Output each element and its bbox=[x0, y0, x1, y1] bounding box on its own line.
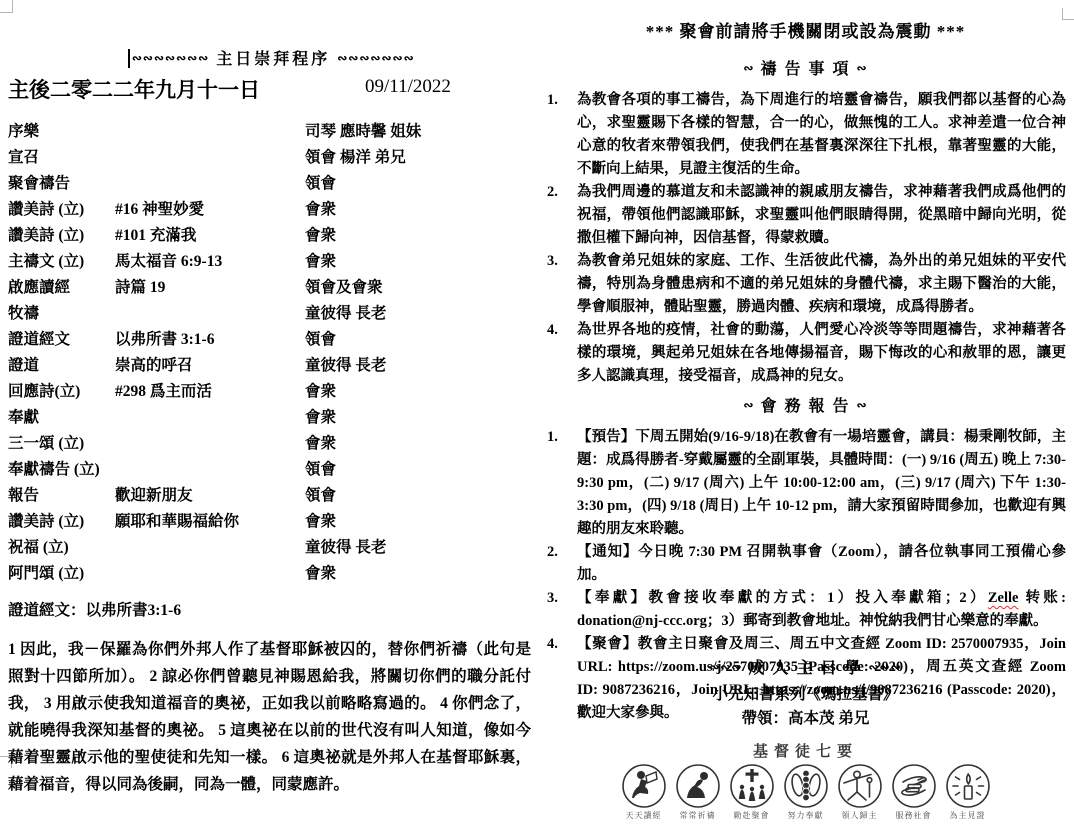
program-item-cell: 奉獻禱告 (立) bbox=[8, 457, 115, 483]
announcements-page: *** 聚會前請將手機關閉或設為震動 *** ∾ 禱 告 事 項 ∾ 1.為教會… bbox=[545, 14, 1066, 833]
sunday-school-block: ∾∾∾ 成 人 主 日 學 ∾∾∾ 小先知書系列《瑪拉基書》 帶領：高本茂 弟兄 bbox=[545, 655, 1066, 728]
program-role-cell: 會衆 bbox=[305, 223, 535, 249]
essential-item: 常常祈禱 bbox=[673, 763, 722, 821]
list-item: 1.【預告】下周五開始(9/16-9/18)在教會有一場培靈會，講員：楊秉剛牧師… bbox=[545, 426, 1066, 541]
prayer-item-text: 為世界各地的疫情，社會的動蕩，人們愛心冷淡等等問題禱告，求神藉著各樣的環境，興起… bbox=[577, 319, 1066, 388]
sunday-school-title: 成 人 主 日 學 bbox=[748, 660, 862, 677]
program-item-cell: 報告 bbox=[8, 483, 115, 509]
program-role-cell: 童彼得 長老 bbox=[305, 535, 535, 561]
fish-coins-offering-icon bbox=[781, 763, 830, 809]
program-row: 讚美詩 (立)願耶和華賜福給你會衆 bbox=[8, 509, 535, 535]
program-row: 阿門頌 (立)會衆 bbox=[8, 561, 535, 587]
program-item-cell: 牧禱 bbox=[8, 301, 115, 327]
program-item-cell: 啟應讀經 bbox=[8, 275, 115, 301]
list-item: 2.為我們周邊的慕道友和未認識神的親戚朋友禱告，求神藉著我們成爲他們的祝福，帶領… bbox=[545, 181, 1066, 250]
program-item-cell: 祝福 (立) bbox=[8, 535, 115, 561]
program-item-cell: 讚美詩 (立) bbox=[8, 197, 115, 223]
prayer-section-title: 禱 告 事 項 bbox=[760, 61, 850, 78]
program-role-cell: 領會 bbox=[305, 327, 535, 353]
program-row: 報告歡迎新朋友領會 bbox=[8, 483, 535, 509]
program-item-cell: 序樂 bbox=[8, 119, 115, 145]
item-number: 4. bbox=[545, 319, 577, 388]
date-row: 主後二零二二年九月十一日 09/11/2022 bbox=[8, 74, 535, 104]
report-item-text: 【奉獻】教會接收奉獻的方式：1）投入奉獻箱；2）Zelle 转账: donati… bbox=[577, 587, 1066, 633]
program-detail-cell: 以弗所書 3:1-6 bbox=[115, 327, 305, 353]
program-row: 序樂司琴 應時馨 姐妹 bbox=[8, 119, 535, 145]
item-number: 1. bbox=[545, 426, 577, 541]
worship-order-header: ∾∾∾∾∾∾∾ 主日崇拜程序 ∾∾∾∾∾∾∾ bbox=[8, 46, 535, 69]
swirl-ornament-icon: ∾∾∾ bbox=[869, 660, 902, 674]
program-role-cell: 會衆 bbox=[305, 197, 535, 223]
program-detail-cell bbox=[115, 119, 305, 145]
list-item: 3.為教會弟兄姐妹的家庭、工作、生活彼此代禱，為外出的弟兄姐妹的平安代禱，特別為… bbox=[545, 250, 1066, 319]
essential-item: 努力奉獻 bbox=[781, 763, 830, 821]
program-role-cell: 領會 楊洋 弟兄 bbox=[305, 145, 535, 171]
essential-label: 為主見證 bbox=[943, 810, 992, 821]
essential-item: 勤赴聚會 bbox=[727, 763, 776, 821]
program-item-cell: 宣召 bbox=[8, 145, 115, 171]
program-detail-cell bbox=[115, 561, 305, 587]
program-item-cell: 讚美詩 (立) bbox=[8, 223, 115, 249]
item-number: 3. bbox=[545, 250, 577, 319]
program-row: 聚會禱告領會 bbox=[8, 171, 535, 197]
essential-item: 天天讀經 bbox=[619, 763, 668, 821]
swirl-ornament-icon: ∾∾∾ bbox=[709, 660, 742, 674]
program-detail-cell: 崇高的呼召 bbox=[115, 353, 305, 379]
program-detail-cell bbox=[115, 145, 305, 171]
list-item: 3.【奉獻】教會接收奉獻的方式：1）投入奉獻箱；2）Zelle 转账: dona… bbox=[545, 587, 1066, 633]
program-row: 宣召領會 楊洋 弟兄 bbox=[8, 145, 535, 171]
program-detail-cell bbox=[115, 301, 305, 327]
church-gathering-icon bbox=[727, 763, 776, 809]
program-row: 回應詩(立)#298 爲主而活會衆 bbox=[8, 379, 535, 405]
item-number: 1. bbox=[545, 89, 577, 181]
program-detail-cell: 詩篇 19 bbox=[115, 275, 305, 301]
item-number: 3. bbox=[545, 587, 577, 633]
essential-label: 服務社會 bbox=[889, 810, 938, 821]
essential-item: 為主見證 bbox=[943, 763, 992, 821]
sunday-school-header: ∾∾∾ 成 人 主 日 學 ∾∾∾ bbox=[545, 655, 1066, 678]
program-row: 三一頌 (立)會衆 bbox=[8, 431, 535, 457]
program-role-cell: 會衆 bbox=[305, 249, 535, 275]
date-chinese: 主後二零二二年九月十一日 bbox=[8, 78, 260, 102]
essential-item: 服務社會 bbox=[889, 763, 938, 821]
program-item-cell: 證道 bbox=[8, 353, 115, 379]
seven-essentials-title: 基督徒七要 bbox=[545, 740, 1066, 761]
list-item: 1.為教會各項的事工禱告，為下周進行的培靈會禱告，願我們都以基督的心為心，求聖靈… bbox=[545, 89, 1066, 181]
program-item-cell: 聚會禱告 bbox=[8, 171, 115, 197]
worship-order-title: 主日崇拜程序 bbox=[216, 51, 330, 68]
prayer-section-header: ∾ 禱 告 事 項 ∾ bbox=[545, 56, 1066, 79]
prayer-item-text: 為教會各項的事工禱告，為下周進行的培靈會禱告，願我們都以基督的心為心，求聖靈賜下… bbox=[577, 89, 1066, 181]
program-row: 讚美詩 (立)#101 充滿我會衆 bbox=[8, 223, 535, 249]
item-number: 2. bbox=[545, 181, 577, 250]
program-detail-cell: 馬太福音 6:9-13 bbox=[115, 249, 305, 275]
program-role-cell: 會衆 bbox=[305, 509, 535, 535]
program-row: 證道崇高的呼召童彼得 長老 bbox=[8, 353, 535, 379]
program-row: 牧禱童彼得 長老 bbox=[8, 301, 535, 327]
program-detail-cell bbox=[115, 431, 305, 457]
list-item: 4.為世界各地的疫情，社會的動蕩，人們愛心冷淡等等問題禱告，求神藉著各樣的環境，… bbox=[545, 319, 1066, 388]
swirl-ornament-icon: ∾ bbox=[857, 61, 868, 75]
program-role-cell: 童彼得 長老 bbox=[305, 353, 535, 379]
phone-silence-notice: *** 聚會前請將手機關閉或設為震動 *** bbox=[545, 17, 1066, 42]
worship-program-table: 序樂司琴 應時馨 姐妹 宣召領會 楊洋 弟兄 聚會禱告領會 讚美詩 (立)#16… bbox=[8, 119, 535, 587]
program-item-cell: 讚美詩 (立) bbox=[8, 509, 115, 535]
program-row: 奉獻會衆 bbox=[8, 405, 535, 431]
program-role-cell: 領會及會衆 bbox=[305, 275, 535, 301]
program-role-cell: 童彼得 長老 bbox=[305, 301, 535, 327]
sunday-school-series: 小先知書系列《瑪拉基書》 bbox=[545, 682, 1066, 704]
program-role-cell: 會衆 bbox=[305, 561, 535, 587]
program-detail-cell: 歡迎新朋友 bbox=[115, 483, 305, 509]
program-detail-cell: #298 爲主而活 bbox=[115, 379, 305, 405]
program-role-cell: 領會 bbox=[305, 483, 535, 509]
program-role-cell: 會衆 bbox=[305, 405, 535, 431]
program-item-cell: 奉獻 bbox=[8, 405, 115, 431]
swirl-ornament-icon: ∾∾∾∾∾∾∾ bbox=[132, 51, 209, 65]
seven-essentials-icons-row: 天天讀經 常常祈禱 bbox=[545, 763, 1066, 821]
essential-label: 常常祈禱 bbox=[673, 810, 722, 821]
prayer-items-list: 1.為教會各項的事工禱告，為下周進行的培靈會禱告，願我們都以基督的心為心，求聖靈… bbox=[545, 89, 1066, 388]
swirl-ornament-icon: ∾ bbox=[857, 398, 868, 412]
program-detail-cell bbox=[115, 171, 305, 197]
sunday-school-leader: 帶領：高本茂 弟兄 bbox=[545, 706, 1066, 728]
praying-icon bbox=[673, 763, 722, 809]
report-item-text-part: 【奉獻】教會接收奉獻的方式：1）投入奉獻箱；2） bbox=[577, 590, 988, 606]
program-detail-cell bbox=[115, 405, 305, 431]
program-row: 讚美詩 (立)#16 神聖妙愛會衆 bbox=[8, 197, 535, 223]
essential-label: 勤赴聚會 bbox=[727, 810, 776, 821]
date-numeric: 09/11/2022 bbox=[365, 76, 451, 98]
lead-people-to-christ-icon bbox=[835, 763, 884, 809]
program-detail-cell: #101 充滿我 bbox=[115, 223, 305, 249]
program-role-cell: 司琴 應時馨 姐妹 bbox=[305, 119, 535, 145]
text-cursor bbox=[128, 49, 130, 68]
sermon-scripture-heading: 證道經文：以弗所書3:1-6 bbox=[8, 598, 181, 620]
program-role-cell: 領會 bbox=[305, 457, 535, 483]
swirl-ornament-icon: ∾∾∾∾∾∾∾ bbox=[337, 51, 414, 65]
essential-label: 天天讀經 bbox=[619, 810, 668, 821]
program-item-cell: 回應詩(立) bbox=[8, 379, 115, 405]
program-detail-cell: 願耶和華賜福給你 bbox=[115, 509, 305, 535]
program-item-cell: 阿門頌 (立) bbox=[8, 561, 115, 587]
essential-label: 努力奉獻 bbox=[781, 810, 830, 821]
sermon-scripture-text: 1 因此，我－保羅為你們外邦人作了基督耶穌被囚的，替你們祈禱（此句是照對十四節所… bbox=[8, 636, 531, 798]
swirl-ornament-icon: ∾ bbox=[743, 61, 754, 75]
list-item: 2.【通知】今日晚 7:30 PM 召開執事會（Zoom），請各位執事同工預備心… bbox=[545, 541, 1066, 587]
church-bulletin-page: ∾∾∾∾∾∾∾ 主日崇拜程序 ∾∾∾∾∾∾∾ 主後二零二二年九月十一日 09/1… bbox=[0, 0, 1074, 833]
essential-item: 領人歸主 bbox=[835, 763, 884, 821]
program-role-cell: 領會 bbox=[305, 171, 535, 197]
report-section-title: 會 務 報 告 bbox=[760, 398, 850, 415]
worship-order-page: ∾∾∾∾∾∾∾ 主日崇拜程序 ∾∾∾∾∾∾∾ 主後二零二二年九月十一日 09/1… bbox=[8, 0, 535, 833]
program-item-cell: 三一頌 (立) bbox=[8, 431, 115, 457]
swirl-ornament-icon: ∾ bbox=[743, 398, 754, 412]
program-item-cell: 主禱文 (立) bbox=[8, 249, 115, 275]
program-row: 啟應讀經詩篇 19領會及會衆 bbox=[8, 275, 535, 301]
prayer-item-text: 為我們周邊的慕道友和未認識神的親戚朋友禱告，求神藉著我們成爲他們的祝福，帶領他們… bbox=[577, 181, 1066, 250]
report-item-text: 【通知】今日晚 7:30 PM 召開執事會（Zoom），請各位執事同工預備心參加… bbox=[577, 541, 1066, 587]
reading-bible-icon bbox=[619, 763, 668, 809]
program-role-cell: 會衆 bbox=[305, 379, 535, 405]
program-detail-cell bbox=[115, 535, 305, 561]
program-detail-cell bbox=[115, 457, 305, 483]
program-item-cell: 證道經文 bbox=[8, 327, 115, 353]
program-row: 祝福 (立)童彼得 長老 bbox=[8, 535, 535, 561]
seven-essentials-image: 基督徒七要 天天讀經 bbox=[545, 740, 1066, 821]
program-row: 主禱文 (立)馬太福音 6:9-13會衆 bbox=[8, 249, 535, 275]
essential-label: 領人歸主 bbox=[835, 810, 884, 821]
program-detail-cell: #16 神聖妙愛 bbox=[115, 197, 305, 223]
program-row: 證道經文以弗所書 3:1-6領會 bbox=[8, 327, 535, 353]
zelle-misspelling-word: Zelle bbox=[988, 590, 1019, 606]
program-row: 奉獻禱告 (立)領會 bbox=[8, 457, 535, 483]
candle-witness-icon bbox=[943, 763, 992, 809]
program-role-cell: 會衆 bbox=[305, 431, 535, 457]
report-section-header: ∾ 會 務 報 告 ∾ bbox=[545, 393, 1066, 416]
report-item-text: 【預告】下周五開始(9/16-9/18)在教會有一場培靈會，講員：楊秉剛牧師，主… bbox=[577, 426, 1066, 541]
item-number: 2. bbox=[545, 541, 577, 587]
prayer-item-text: 為教會弟兄姐妹的家庭、工作、生活彼此代禱，為外出的弟兄姐妹的平安代禱，特別為身體… bbox=[577, 250, 1066, 319]
serving-hands-icon bbox=[889, 763, 938, 809]
